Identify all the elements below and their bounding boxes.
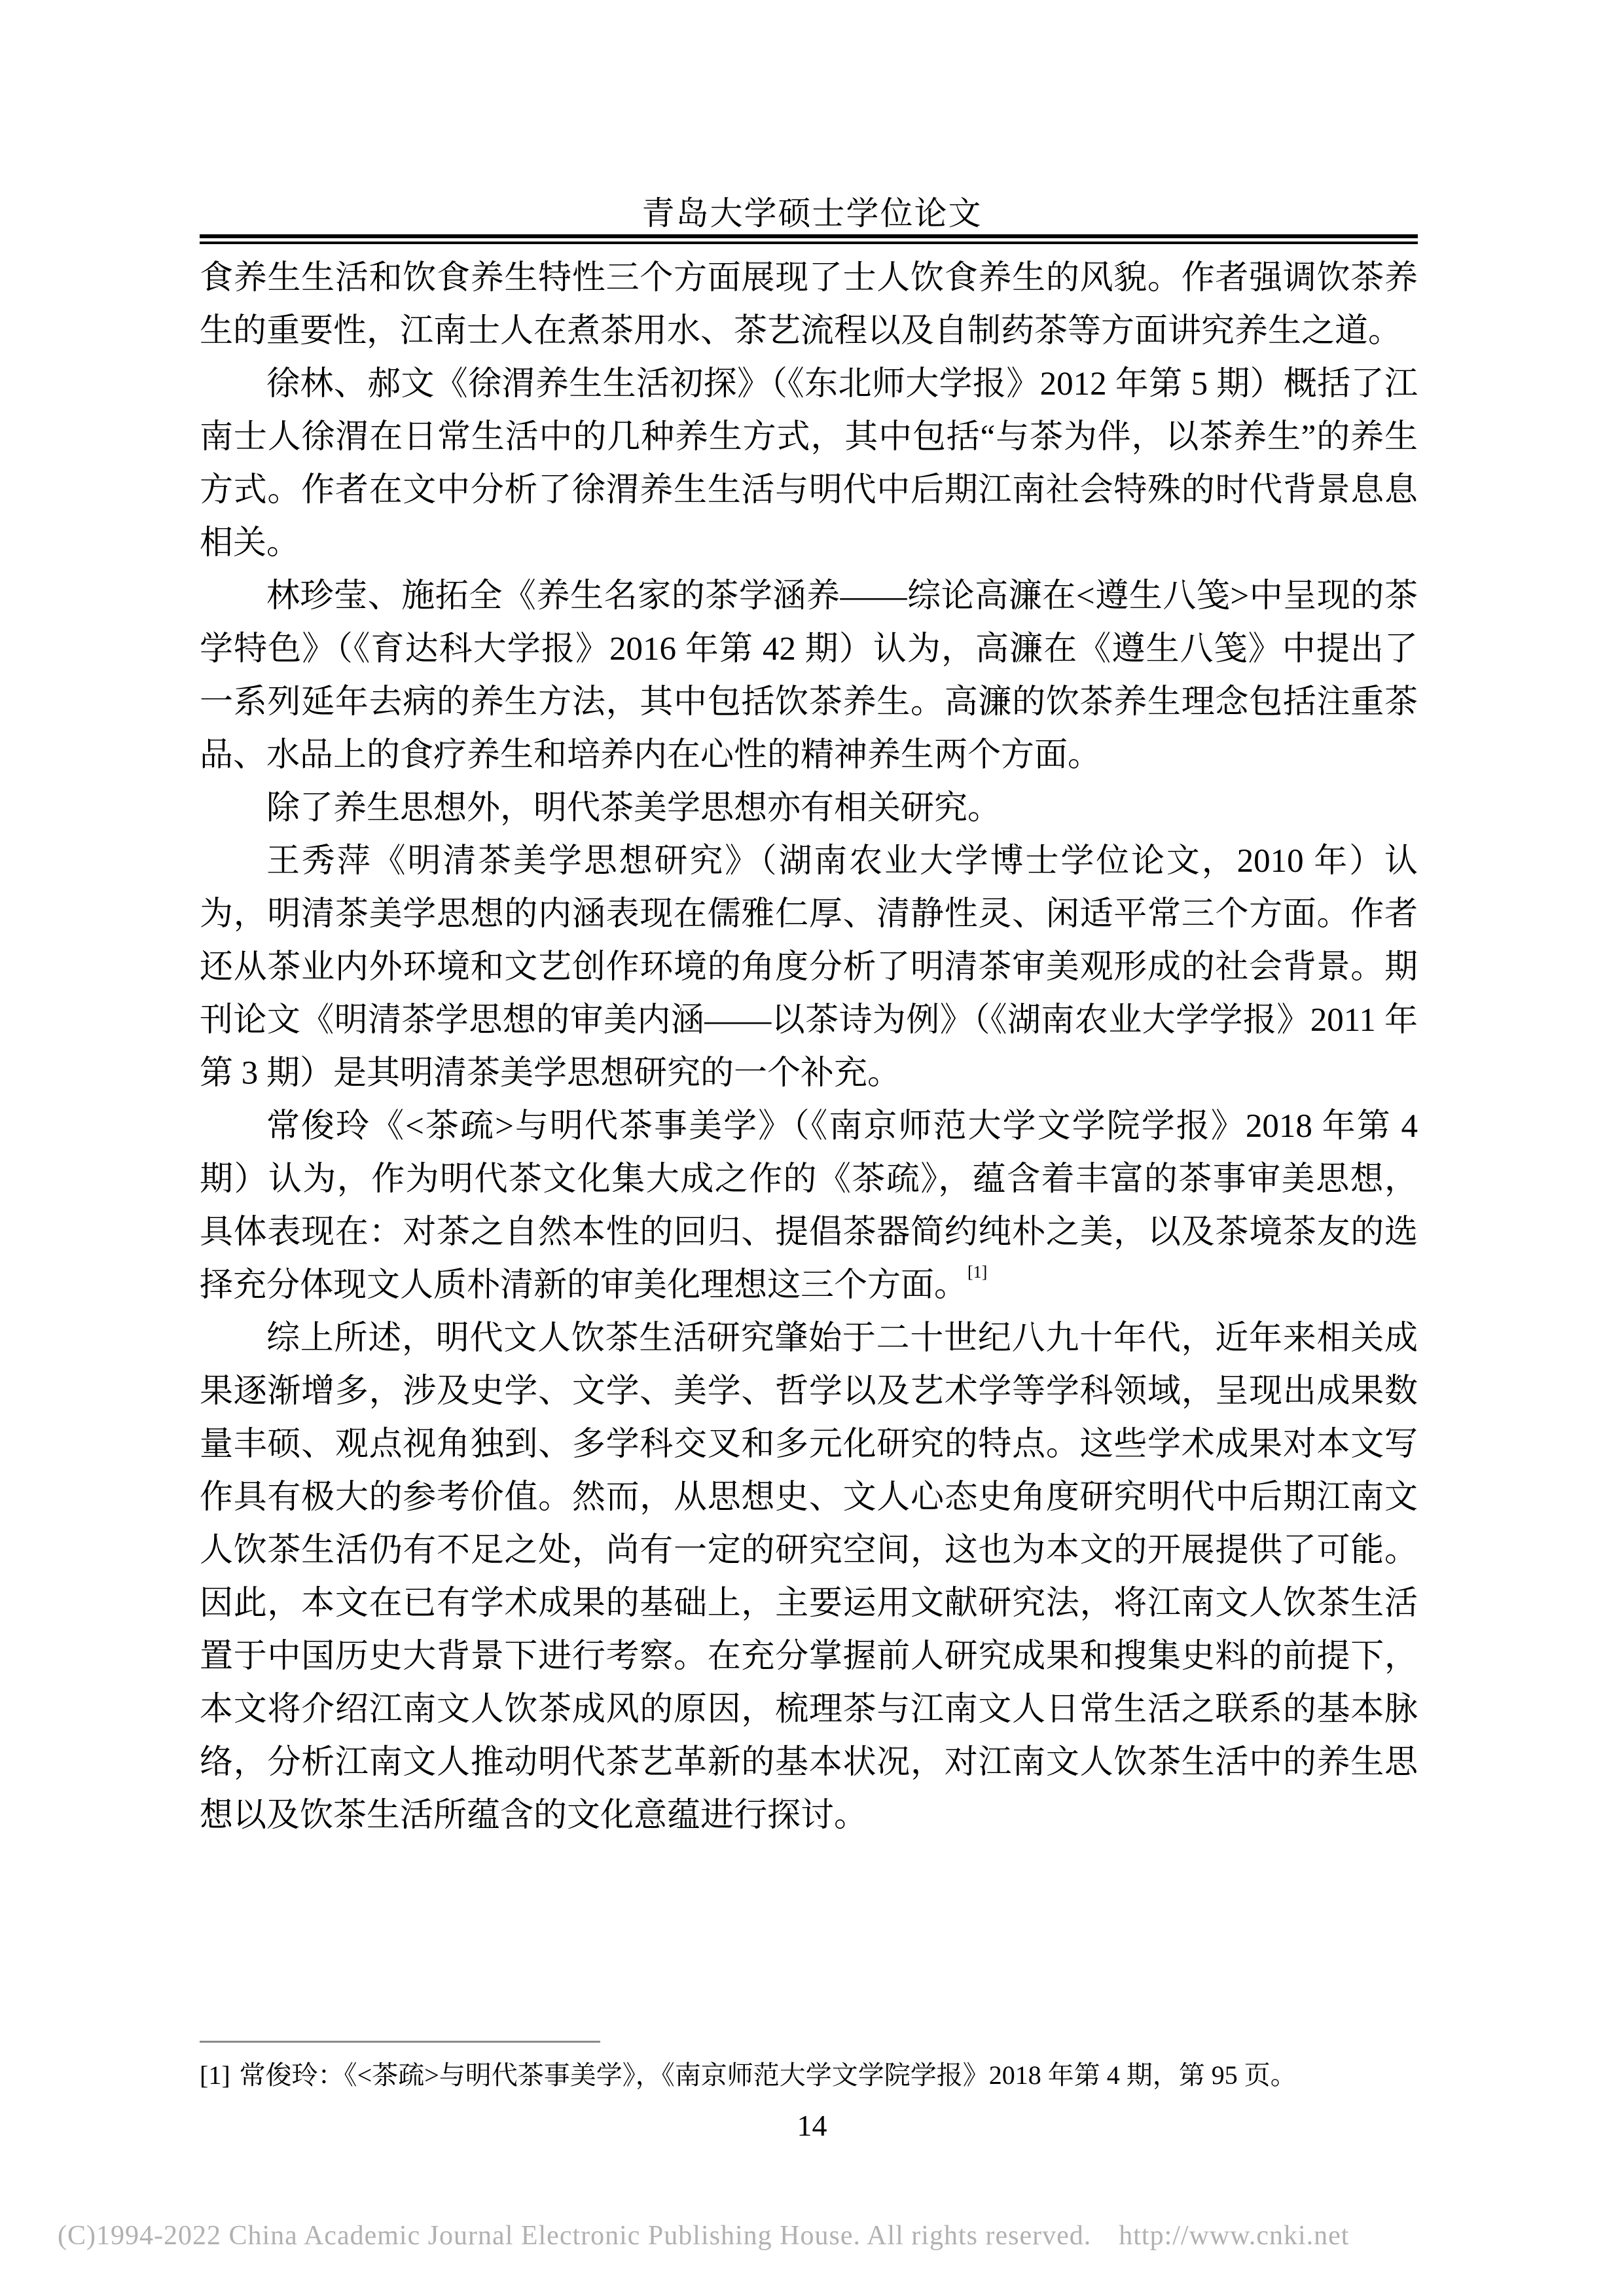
paragraph: 林珍莹、施拓全《养生名家的茶学涵养——综论高濂在<遵生八笺>中呈现的茶学特色》（… (200, 570, 1418, 782)
paragraph: 除了养生思想外，明代茶美学思想亦有相关研究。 (200, 782, 1418, 835)
footnote-separator-rule (200, 2041, 600, 2043)
paragraph: 常俊玲《<茶疏>与明代茶事美学》（《南京师范大学文学院学报》2018 年第 4 … (200, 1100, 1418, 1312)
paragraph: 食养生生活和饮食养生特性三个方面展现了士人饮食养生的风貌。作者强调饮茶养生的重要… (200, 252, 1418, 358)
footer-url: http://www.cnki.net (1119, 2221, 1349, 2251)
paragraph: 王秀萍《明清茶美学思想研究》（湖南农业大学博士学位论文，2010 年）认为，明清… (200, 835, 1418, 1100)
footnote: [1]常俊玲：《<茶疏>与明代茶事美学》，《南京师范大学文学院学报》2018 年… (200, 2055, 1418, 2096)
running-head-title: 青岛大学硕士学位论文 (0, 195, 1624, 232)
page-number: 14 (0, 2109, 1624, 2143)
footnote-marker: [1] (200, 2060, 230, 2090)
copyright-text: (C)1994-2022 China Academic Journal Elec… (58, 2221, 1091, 2251)
paragraph: 综上所述，明代文人饮茶生活研究肇始于二十世纪八九十年代，近年来相关成果逐渐增多，… (200, 1312, 1418, 1842)
footnote-text: 常俊玲：《<茶疏>与明代茶事美学》，《南京师范大学文学院学报》2018 年第 4… (240, 2060, 1297, 2090)
body-text: 食养生生活和饮食养生特性三个方面展现了士人饮食养生的风貌。作者强调饮茶养生的重要… (200, 252, 1418, 1842)
watermark-footer: (C)1994-2022 China Academic Journal Elec… (58, 2217, 1570, 2254)
header-double-rule (200, 234, 1418, 244)
footnote-ref-superscript: [1] (967, 1263, 987, 1282)
thesis-scan-page: 青岛大学硕士学位论文 食养生生活和饮食养生特性三个方面展现了士人饮食养生的风貌。… (0, 0, 1624, 2296)
paragraph: 徐林、郝文《徐渭养生生活初探》（《东北师大学报》2012 年第 5 期）概括了江… (200, 358, 1418, 570)
